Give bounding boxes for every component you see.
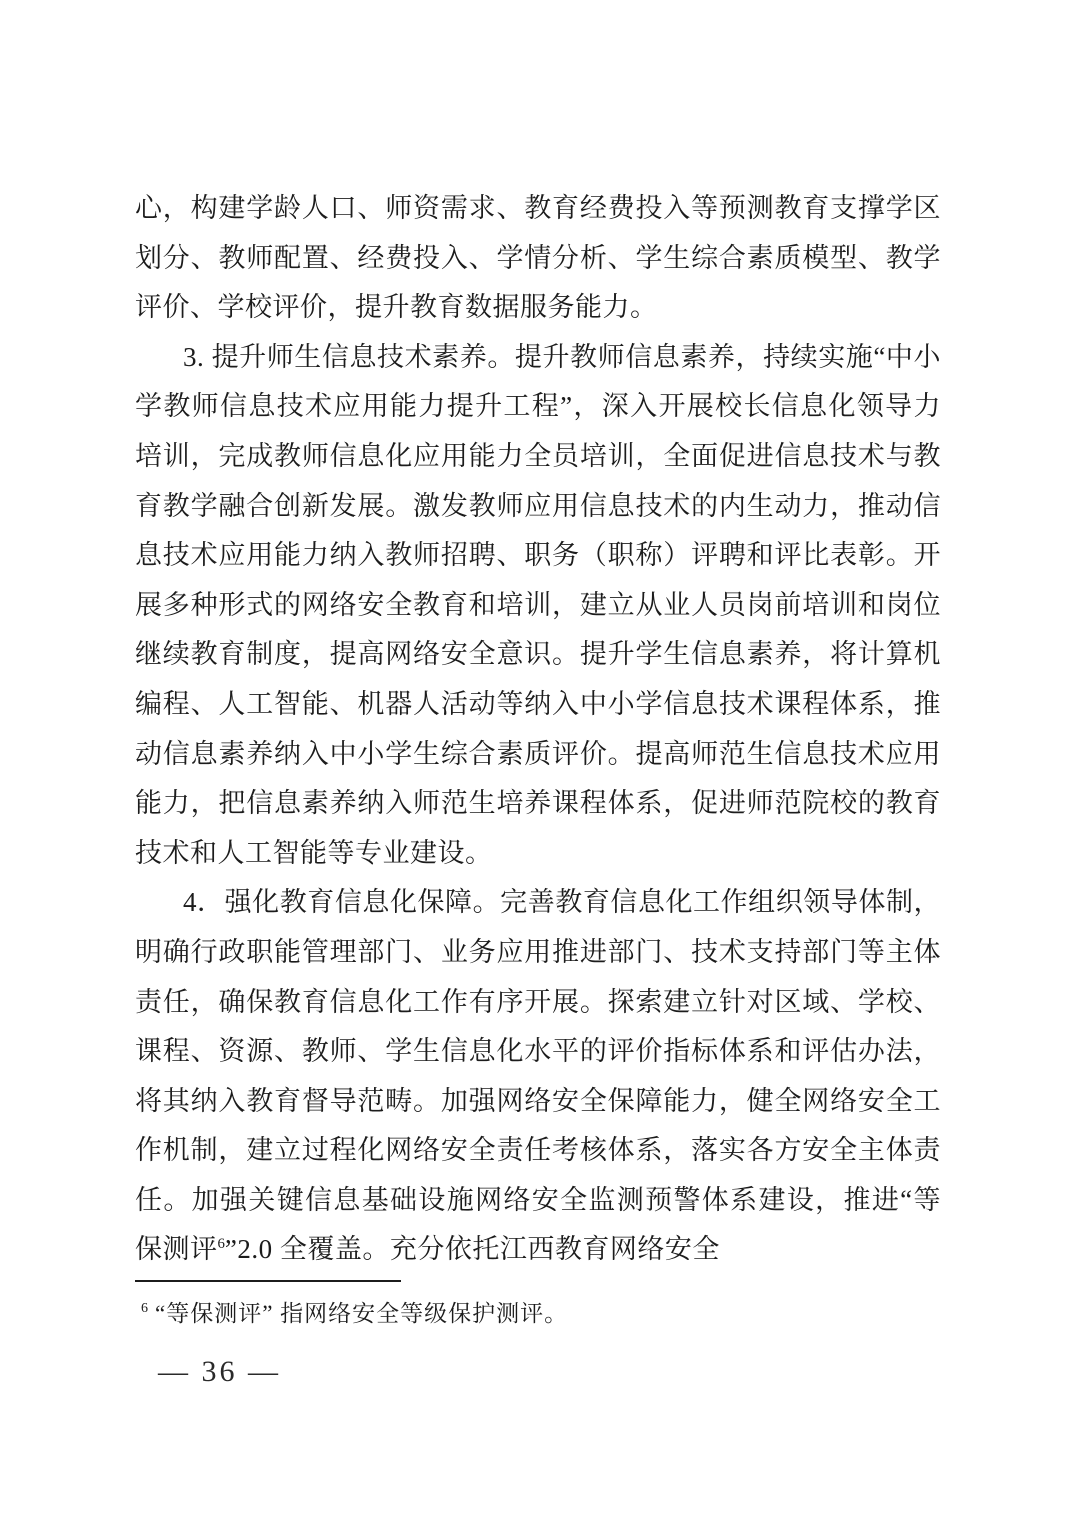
paragraph-item-4: 4．强化教育信息化保障。完善教育信息化工作组织领导体制，明确行政职能管理部门、业… <box>135 878 941 1275</box>
paragraph-text-after-footnote-ref: ”2.0 全覆盖。充分依托江西教育网络安全 <box>225 1234 720 1264</box>
footnote-text: “等保测评” 指网络安全等级保护测评。 <box>155 1301 568 1326</box>
page-number: — 36 — <box>158 1352 281 1392</box>
footnote-separator-rule <box>135 1280 401 1282</box>
paragraph-continuation: 心，构建学龄人口、师资需求、教育经费投入等预测教育支撑学区划分、教师配置、经费投… <box>135 184 941 333</box>
footnote-marker: 6 <box>141 1301 148 1316</box>
document-page: 心，构建学龄人口、师资需求、教育经费投入等预测教育支撑学区划分、教师配置、经费投… <box>0 0 1074 1520</box>
paragraph-item-3: 3. 提升师生信息技术素养。提升教师信息素养，持续实施“中小学教师信息技术应用能… <box>135 333 941 879</box>
footnote-reference-superscript: 6 <box>218 1236 225 1252</box>
footnote: 6“等保测评” 指网络安全等级保护测评。 <box>141 1297 921 1331</box>
paragraph-text-before-footnote-ref: 4．强化教育信息化保障。完善教育信息化工作组织领导体制，明确行政职能管理部门、业… <box>135 887 941 1264</box>
document-body: 心，构建学龄人口、师资需求、教育经费投入等预测教育支撑学区划分、教师配置、经费投… <box>135 184 941 1275</box>
